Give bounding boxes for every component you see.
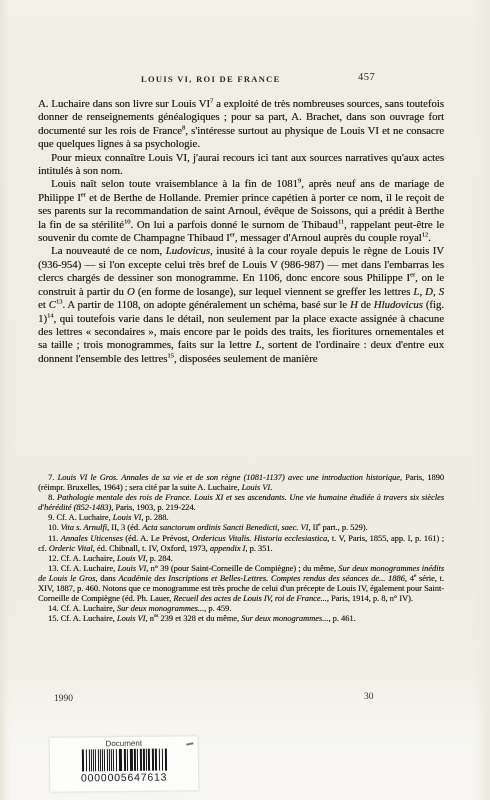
footnote: 13. Cf. A. Luchaire, Louis VI, n° 39 (po… bbox=[38, 564, 444, 604]
body-paragraph: Pour mieux connaître Louis VI, j'aurai r… bbox=[38, 152, 444, 179]
running-head: LOUIS VI, ROI DE FRANCE 457 bbox=[38, 72, 444, 87]
footnote: 7. Louis VI le Gros. Annales de sa vie e… bbox=[38, 473, 444, 493]
footnote: 12. Cf. A. Luchaire, Louis VI, p. 284. bbox=[38, 554, 444, 564]
page-title: LOUIS VI, ROI DE FRANCE bbox=[141, 74, 281, 84]
page-footer: 1990 30 bbox=[38, 694, 444, 706]
scanned-page: LOUIS VI, ROI DE FRANCE 457 A. Luchaire … bbox=[0, 0, 490, 800]
footnote: 10. Vita s. Arnulfi, II, 3 (éd. Acta san… bbox=[38, 523, 444, 533]
body-paragraph: Louis naît selon toute vraisemblance à l… bbox=[38, 178, 444, 245]
footnote: 15. Cf. A. Luchaire, Louis VI, nos 239 e… bbox=[38, 614, 444, 624]
barcode-label: Document 0000005647613 bbox=[50, 736, 199, 792]
footer-signature: 30 bbox=[364, 692, 374, 702]
footnotes: 7. Louis VI le Gros. Annales de sa vie e… bbox=[38, 473, 444, 624]
footnote: 14. Cf. A. Luchaire, Sur deux monogramme… bbox=[38, 604, 444, 614]
footnote: 8. Pathologie mentale des rois de France… bbox=[38, 493, 444, 513]
body-text: A. Luchaire dans son livre sur Louis VI7… bbox=[38, 98, 444, 366]
footnote: 9. Cf. A. Luchaire, Louis VI, p. 288. bbox=[38, 513, 444, 523]
footnote: 11. Annales Uticenses (éd. A. Le Prévost… bbox=[38, 534, 444, 554]
body-paragraph: A. Luchaire dans son livre sur Louis VI7… bbox=[38, 98, 444, 152]
barcode-icon bbox=[56, 748, 192, 771]
barcode-number: 0000005647613 bbox=[50, 771, 198, 785]
page-number: 457 bbox=[358, 72, 375, 83]
body-paragraph: La nouveauté de ce nom, Ludovicus, inusi… bbox=[38, 245, 444, 366]
barcode-label-title: Document bbox=[50, 738, 198, 749]
footer-year: 1990 bbox=[54, 694, 73, 704]
